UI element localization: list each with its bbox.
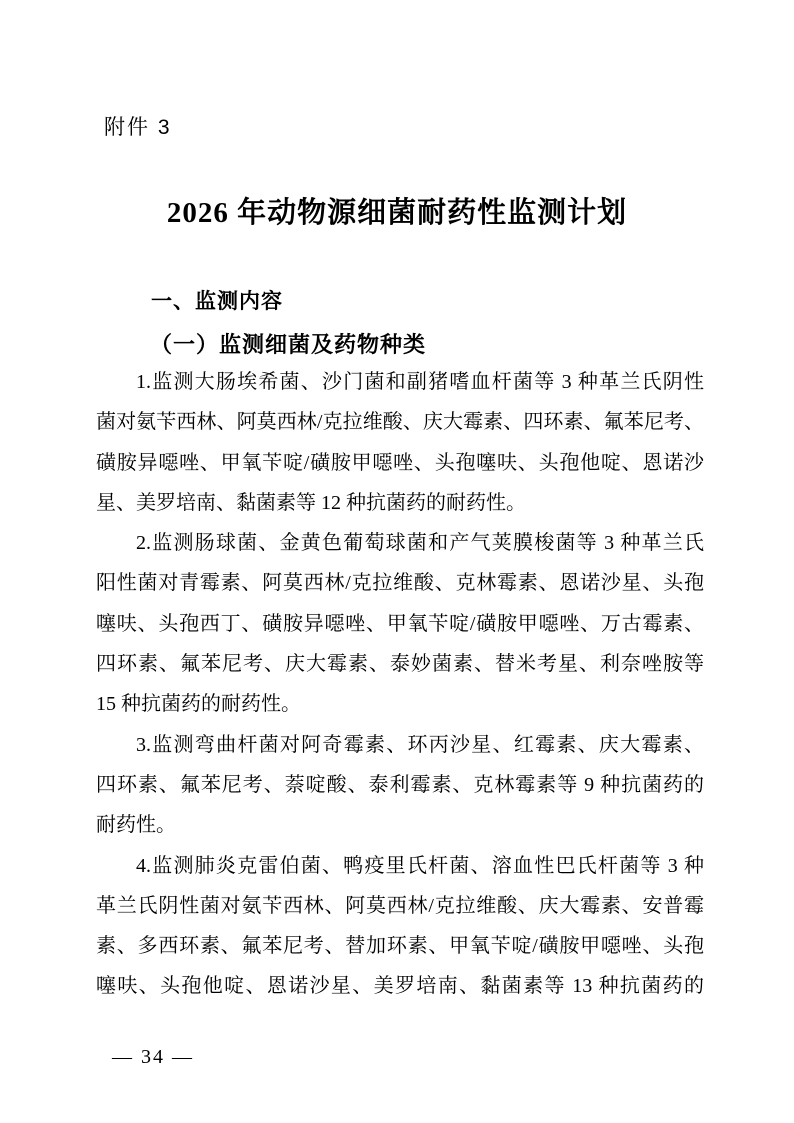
document-page: 附件 3 2026 年动物源细菌耐药性监测计划 一、监测内容 （一）监测细菌及药…	[0, 0, 794, 1123]
body-line: 星、美罗培南、黏菌素等 12 种抗菌药的耐药性。	[96, 483, 704, 523]
body-line: 15 种抗菌药的耐药性。	[96, 684, 704, 724]
body-line: 阳性菌对青霉素、阿莫西林/克拉维酸、克林霉素、恩诺沙星、头孢	[96, 563, 704, 603]
page-number: — 34 —	[112, 1044, 194, 1070]
attachment-label: 附件 3	[104, 116, 172, 140]
body-line: 四环素、氟苯尼考、庆大霉素、泰妙菌素、替米考星、利奈唑胺等	[96, 644, 704, 684]
body-line: 噻呋、头孢西丁、磺胺异噁唑、甲氧苄啶/磺胺甲噁唑、万古霉素、	[96, 604, 704, 644]
body-text: 1.监测大肠埃希菌、沙门菌和副猪嗜血杆菌等 3 种革兰氏阴性菌对氨苄西林、阿莫西…	[96, 362, 704, 1007]
body-line: 四环素、氟苯尼考、萘啶酸、泰利霉素、克林霉素等 9 种抗菌药的	[96, 765, 704, 805]
body-line: 噻呋、头孢他啶、恩诺沙星、美罗培南、黏菌素等 13 种抗菌药的	[96, 966, 704, 1006]
document-title: 2026 年动物源细菌耐药性监测计划	[0, 194, 794, 232]
body-line: 4.监测肺炎克雷伯菌、鸭疫里氏杆菌、溶血性巴氏杆菌等 3 种	[96, 846, 704, 886]
body-line: 耐药性。	[96, 805, 704, 845]
body-line: 1.监测大肠埃希菌、沙门菌和副猪嗜血杆菌等 3 种革兰氏阴性	[96, 362, 704, 402]
body-line: 2.监测肠球菌、金黄色葡萄球菌和产气荚膜梭菌等 3 种革兰氏	[96, 523, 704, 563]
subsection-heading: （一）监测细菌及药物种类	[150, 330, 426, 360]
body-line: 磺胺异噁唑、甲氧苄啶/磺胺甲噁唑、头孢噻呋、头孢他啶、恩诺沙	[96, 443, 704, 483]
body-line: 素、多西环素、氟苯尼考、替加环素、甲氧苄啶/磺胺甲噁唑、头孢	[96, 926, 704, 966]
body-line: 3.监测弯曲杆菌对阿奇霉素、环丙沙星、红霉素、庆大霉素、	[96, 725, 704, 765]
body-line: 菌对氨苄西林、阿莫西林/克拉维酸、庆大霉素、四环素、氟苯尼考、	[96, 402, 704, 442]
section-heading: 一、监测内容	[151, 288, 283, 316]
body-line: 革兰氏阴性菌对氨苄西林、阿莫西林/克拉维酸、庆大霉素、安普霉	[96, 886, 704, 926]
